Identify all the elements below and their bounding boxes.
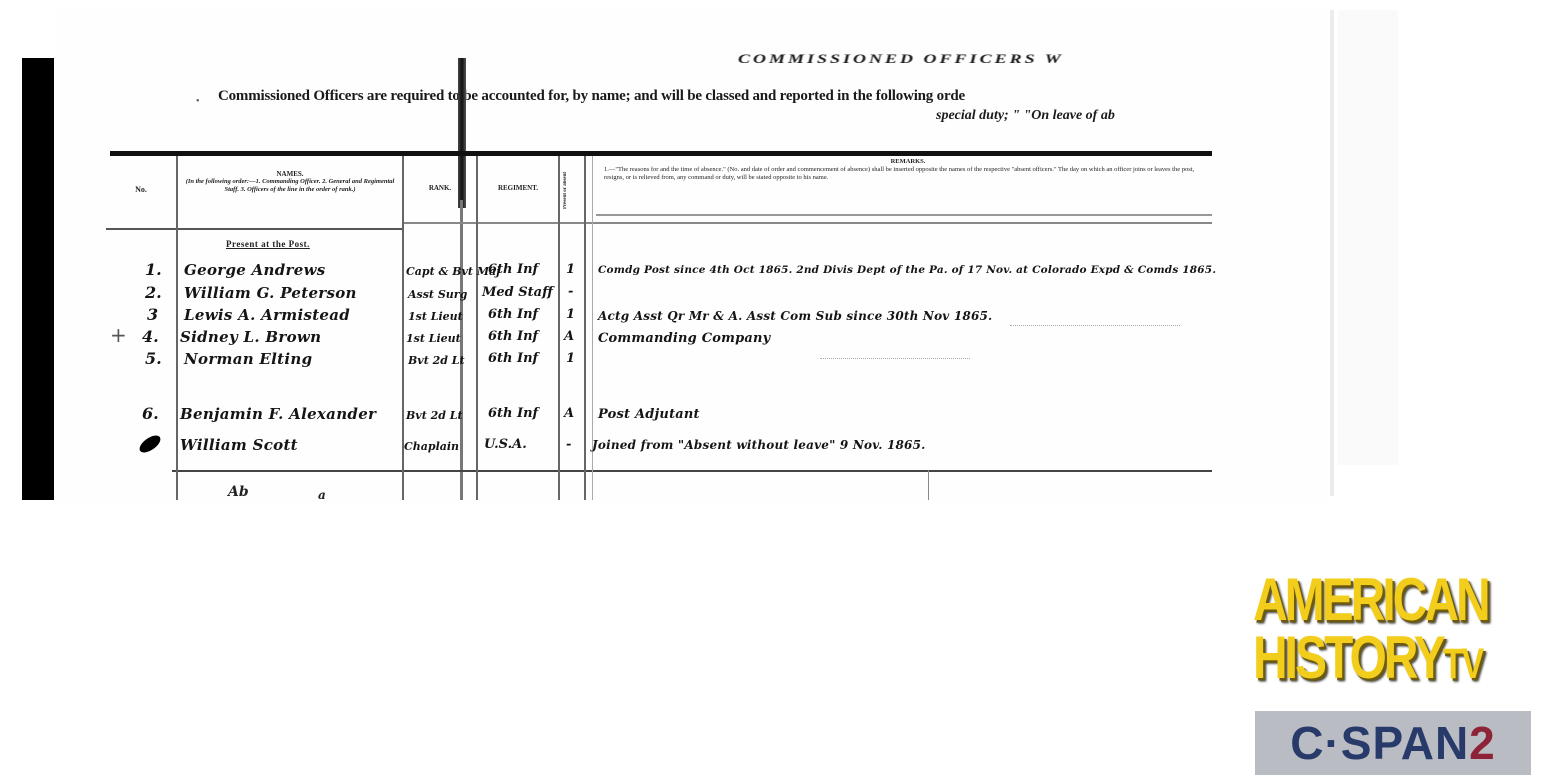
binding-spine-lower	[460, 200, 463, 500]
instruction-line-1: Commissioned Officers are required to be…	[218, 88, 965, 105]
officer-rank: Bvt 2d Lt	[408, 354, 465, 367]
presence-mark: A	[564, 406, 574, 421]
officer-name: William Scott	[180, 436, 298, 454]
cspan-number: 2	[1469, 716, 1496, 770]
black-margin-bar	[22, 58, 54, 500]
logo-line-history: HISTORYTV	[1253, 624, 1549, 693]
document-title: COMMISSIONED OFFICERS W	[738, 52, 1064, 67]
header-remarks-note: 1.—"The reasons for and the time of abse…	[604, 166, 1212, 182]
section-bottom-rule	[172, 470, 1212, 472]
officer-rank: 1st Lieut	[408, 310, 463, 323]
officer-name: Lewis A. Armistead	[184, 306, 350, 324]
col-divider-mark	[584, 156, 586, 500]
section-label: Present at the Post.	[226, 239, 310, 249]
officer-name: Sidney L. Brown	[180, 328, 321, 346]
presence-mark: 1	[566, 307, 575, 322]
header-bottom-rule	[106, 228, 402, 230]
margin-cross-mark: +	[110, 323, 127, 347]
header-rank: RANK.	[406, 184, 474, 192]
header-bottom-rule-right	[404, 222, 1212, 224]
presence-mark: -	[568, 284, 573, 299]
header-present-absent: Present or absent	[562, 168, 580, 212]
col-divider-lower	[928, 470, 929, 500]
officer-remark: Post Adjutant	[598, 407, 700, 422]
row-number: 6.	[142, 404, 159, 423]
officer-name: George Andrews	[184, 261, 326, 279]
officer-regiment: 6th Inf	[488, 329, 538, 344]
col-divider-rank	[476, 156, 478, 500]
officer-regiment: 6th Inf	[488, 406, 538, 421]
presence-mark: -	[566, 437, 571, 452]
page-shadow	[1338, 10, 1398, 465]
row-number: 2.	[145, 283, 162, 302]
officer-rank: 1st Lieut	[406, 332, 461, 345]
officer-rank: Chaplain	[404, 440, 459, 453]
bottom-handwriting: Ab	[228, 484, 249, 500]
officer-rank: Capt & Bvt Maj	[406, 265, 500, 278]
officer-regiment: U.S.A.	[484, 437, 527, 452]
presence-mark: 1	[566, 262, 575, 277]
dotted-leader	[1010, 325, 1180, 327]
header-names: NAMES. (In the following order:—1. Comma…	[184, 170, 396, 194]
officer-remark: Commanding Company	[598, 331, 770, 346]
officer-rank: Bvt 2d Lt	[406, 409, 463, 422]
mark-dot: •	[196, 96, 200, 107]
cspan-text: C·SPAN	[1290, 716, 1469, 770]
officer-regiment: 6th Inf	[488, 351, 538, 366]
officer-name: Norman Elting	[184, 350, 312, 368]
officer-regiment: 6th Inf	[488, 262, 538, 277]
logo-history-text: HISTORY	[1253, 625, 1443, 691]
page-edge	[1330, 10, 1334, 496]
presence-mark: 1	[566, 351, 575, 366]
officer-remark: Joined from "Absent without leave" 9 Nov…	[592, 438, 926, 452]
row-number: 4.	[142, 327, 159, 346]
dotted-leader	[820, 358, 970, 360]
officer-name: Benjamin F. Alexander	[180, 405, 376, 423]
officer-remark: Comdg Post since 4th Oct 1865. 2nd Divis…	[598, 264, 1216, 276]
officer-regiment: Med Staff	[482, 285, 553, 300]
header-remarks: REMARKS. 1.—"The reasons for and the tim…	[604, 158, 1212, 182]
presence-mark: A	[564, 329, 574, 344]
header-regiment: REGIMENT.	[480, 184, 556, 192]
header-names-title: NAMES.	[184, 170, 396, 178]
bottom-handwriting-2: a	[318, 488, 326, 502]
table-top-rule	[110, 151, 1212, 156]
row-number: 5.	[145, 349, 162, 368]
american-history-tv-logo: AMERICAN HISTORYTV C·SPAN2	[1253, 566, 1549, 778]
row-number: 1.	[145, 260, 162, 279]
remarks-header-rule	[596, 214, 1212, 216]
row-number: 3	[147, 305, 158, 324]
officer-name: William G. Peterson	[184, 284, 357, 302]
col-divider-regiment	[558, 156, 560, 500]
officer-remark: Actg Asst Qr Mr & A. Asst Com Sub since …	[598, 309, 992, 323]
instruction-line-2: special duty; " "On leave of ab	[936, 108, 1115, 124]
header-remarks-title: REMARKS.	[604, 158, 1212, 166]
logo-tv-text: TV	[1443, 640, 1482, 688]
cspan2-badge: C·SPAN2	[1255, 711, 1531, 775]
officer-rank: Asst Surg	[408, 288, 467, 301]
officer-regiment: 6th Inf	[488, 307, 538, 322]
col-divider-no	[176, 156, 178, 500]
header-no: No.	[110, 186, 172, 194]
header-names-note: (In the following order:—1. Commanding O…	[184, 178, 396, 194]
document-page	[54, 10, 1330, 502]
video-frame: COMMISSIONED OFFICERS W • Commissioned O…	[0, 0, 1559, 784]
